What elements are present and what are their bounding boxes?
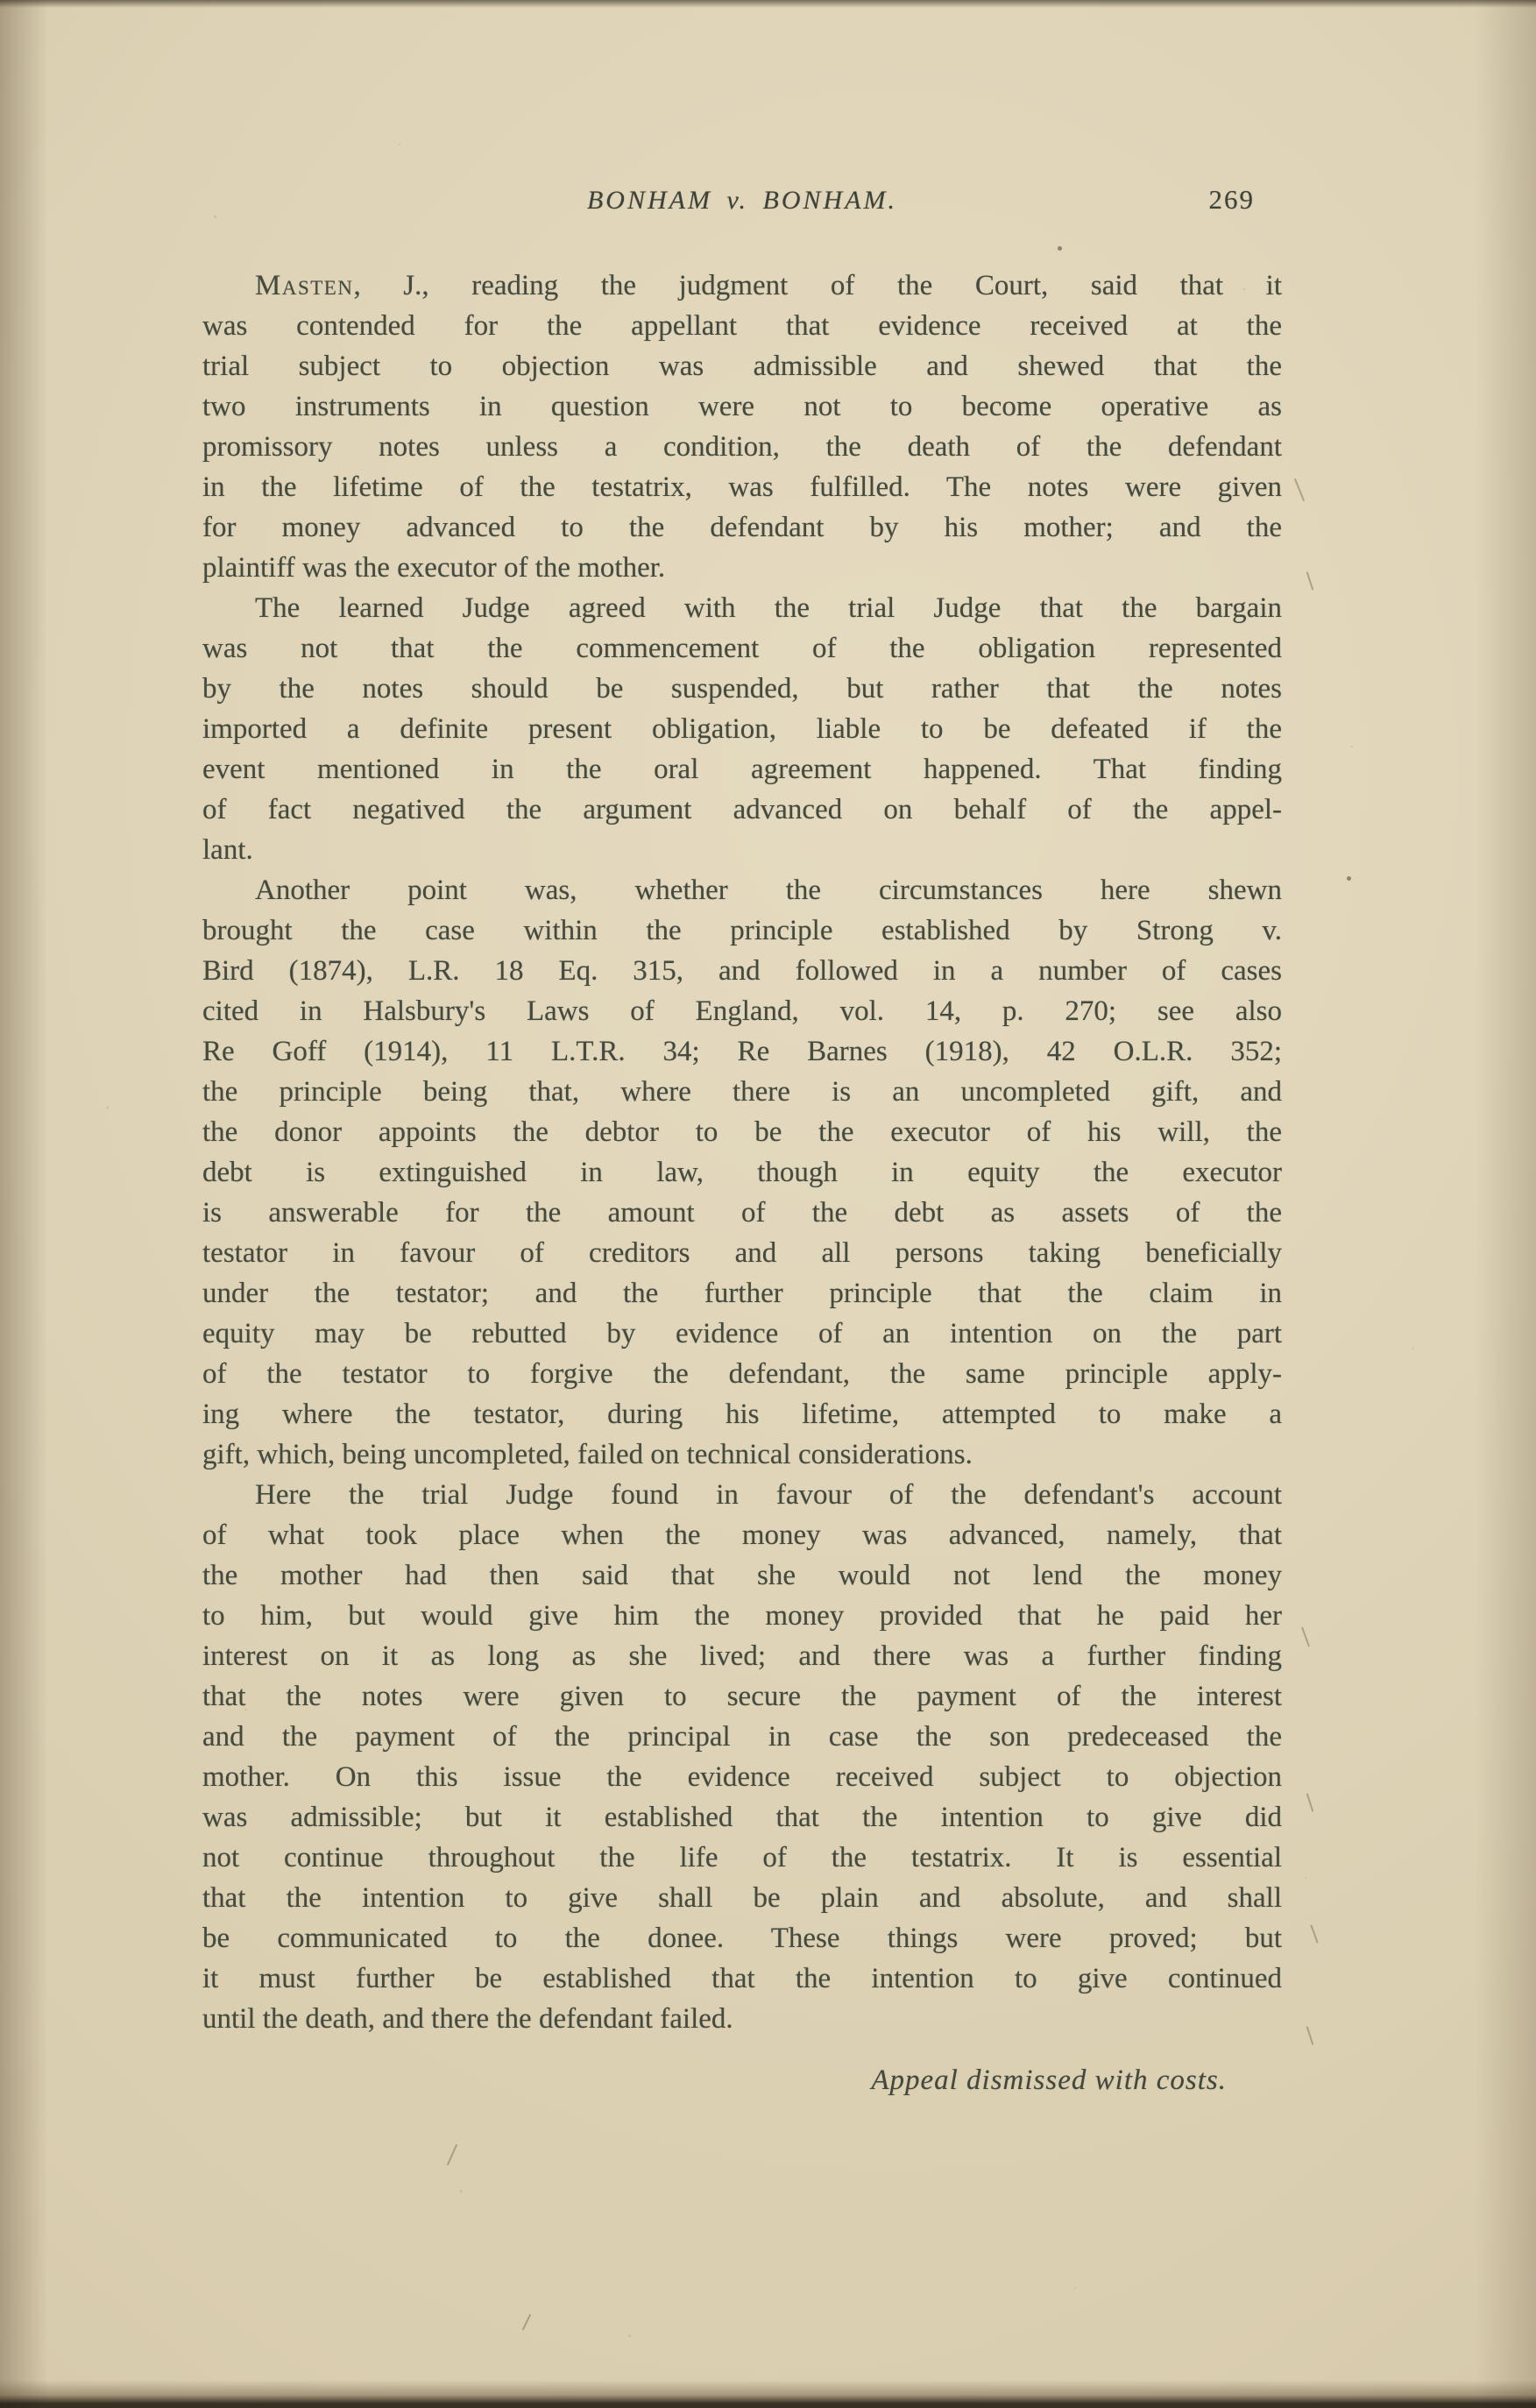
page-number: 269 <box>1209 184 1256 216</box>
text-line: not continue throughout the life of the … <box>202 1838 1282 1878</box>
text-line: mother. On this issue the evidence recei… <box>202 1757 1282 1797</box>
text-line: equity may be rebutted by evidence of an… <box>202 1314 1282 1354</box>
text-line: of the testator to forgive the defendant… <box>202 1354 1282 1394</box>
stray-mark <box>522 2314 532 2331</box>
text-line: by the notes should be suspended, but ra… <box>202 669 1282 709</box>
text-line: was contended for the appellant that evi… <box>202 306 1282 346</box>
text-line: that the notes were given to secure the … <box>202 1676 1282 1717</box>
text-line: under the testator; and the further prin… <box>202 1273 1282 1314</box>
stray-mark <box>447 2144 457 2166</box>
text-line: Here the trial Judge found in favour of … <box>202 1475 1282 1515</box>
text-line: ing where the testator, during his lifet… <box>202 1394 1282 1434</box>
stray-mark <box>1306 2026 1314 2045</box>
stray-mark <box>1301 1626 1310 1647</box>
text-line: be communicated to the donee. These thin… <box>202 1918 1282 1958</box>
text-line: lant. <box>202 830 1282 870</box>
closing-line: Appeal dismissed with costs. <box>202 2065 1227 2097</box>
text-line: imported a definite present obligation, … <box>202 709 1282 749</box>
text-line: until the death, and there the defendant… <box>202 1999 1282 2039</box>
text-line: gift, which, being uncompleted, failed o… <box>202 1434 1282 1475</box>
text-line: testator in favour of creditors and all … <box>202 1233 1282 1273</box>
text-line: Another point was, whether the circumsta… <box>202 870 1282 910</box>
stray-mark <box>1306 1793 1314 1812</box>
text-line: Masten, J., reading the judgment of the … <box>202 266 1282 306</box>
text-line: and the payment of the principal in case… <box>202 1717 1282 1757</box>
text-line: trial subject to objection was admissibl… <box>202 346 1282 386</box>
body-text: Masten, J., reading the judgment of the … <box>202 266 1282 2039</box>
text-line: Bird (1874), L.R. 18 Eq. 315, and follow… <box>202 951 1282 991</box>
stray-mark <box>1347 876 1351 881</box>
stray-mark <box>1294 478 1305 502</box>
stray-mark <box>1310 1924 1318 1943</box>
text-line: to him, but would give him the money pro… <box>202 1596 1282 1636</box>
text-line: cited in Halsbury's Laws of England, vol… <box>202 991 1282 1031</box>
text-line: interest on it as long as she lived; and… <box>202 1636 1282 1676</box>
text-line: promissory notes unless a condition, the… <box>202 427 1282 467</box>
book-page: BONHAM v. BONHAM. 269 Masten, J., readin… <box>0 0 1536 2408</box>
running-head: BONHAM v. BONHAM. <box>202 186 1282 216</box>
text-line: it must further be established that the … <box>202 1958 1282 1999</box>
text-line: brought the case within the principle es… <box>202 910 1282 951</box>
text-line: was admissible; but it established that … <box>202 1797 1282 1838</box>
text-line: in the lifetime of the testatrix, was fu… <box>202 467 1282 507</box>
text-line: of fact negatived the argument advanced … <box>202 790 1282 830</box>
text-line: Re Goff (1914), 11 L.T.R. 34; Re Barnes … <box>202 1031 1282 1072</box>
text-line: event mentioned in the oral agreement ha… <box>202 749 1282 790</box>
text-line: debt is extinguished in law, though in e… <box>202 1152 1282 1193</box>
text-line: is answerable for the amount of the debt… <box>202 1193 1282 1233</box>
stray-mark <box>1306 571 1314 591</box>
text-line: the donor appoints the debtor to be the … <box>202 1112 1282 1152</box>
judge-name: Masten <box>255 270 353 301</box>
text-line: the mother had then said that she would … <box>202 1555 1282 1596</box>
stray-mark <box>1058 246 1062 251</box>
text-line: for money advanced to the defendant by h… <box>202 507 1282 548</box>
text-line: that the intention to give shall be plai… <box>202 1878 1282 1918</box>
text-line: plaintiff was the executor of the mother… <box>202 548 1282 588</box>
text-line: two instruments in question were not to … <box>202 386 1282 427</box>
text-line: was not that the commencement of the obl… <box>202 628 1282 669</box>
text-line: the principle being that, where there is… <box>202 1072 1282 1112</box>
text-line: of what took place when the money was ad… <box>202 1515 1282 1555</box>
text-line: The learned Judge agreed with the trial … <box>202 588 1282 628</box>
